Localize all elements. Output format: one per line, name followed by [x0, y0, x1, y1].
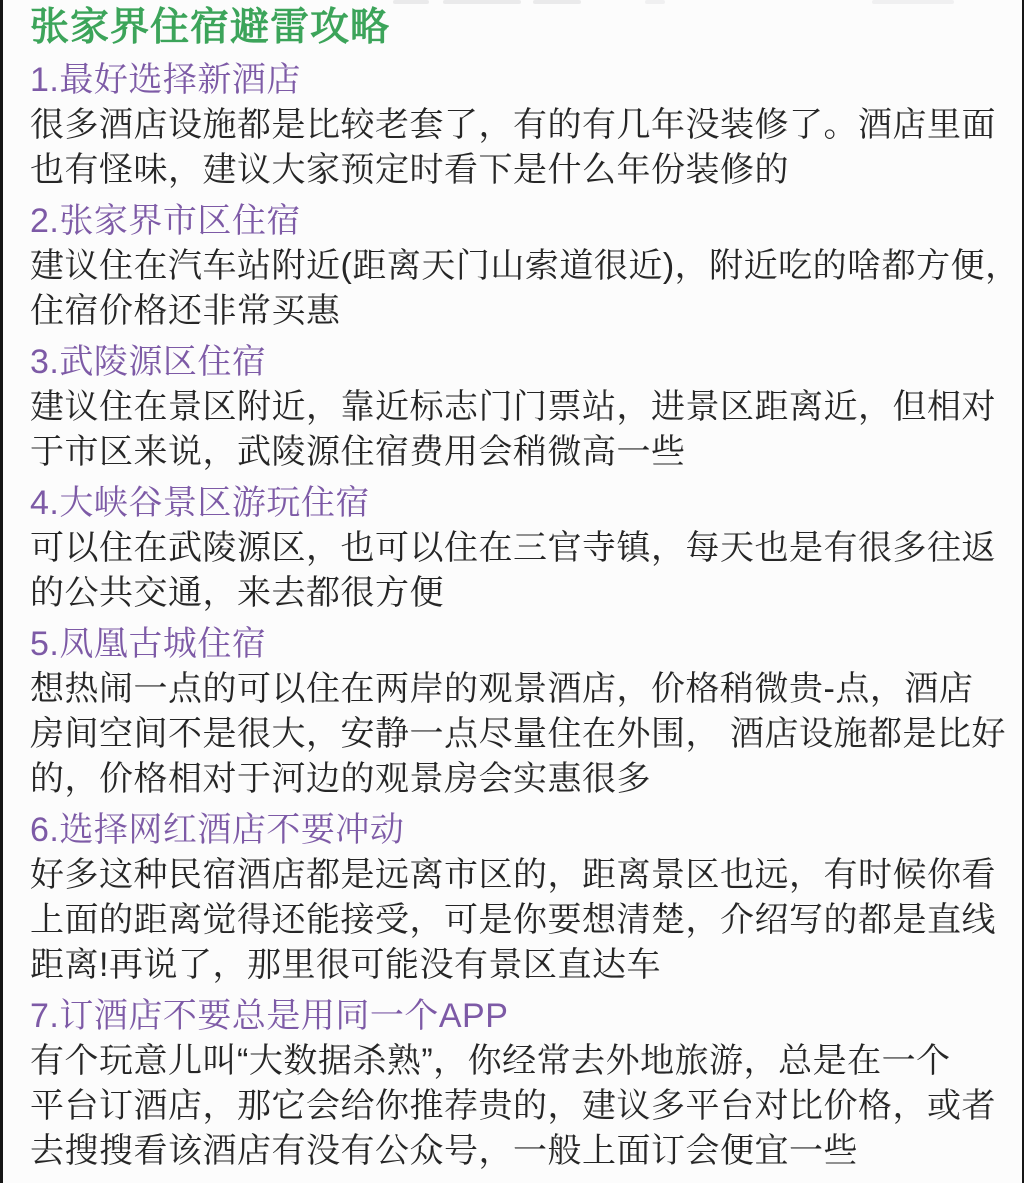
tip-heading: 4.大峡谷景区游玩住宿: [30, 481, 998, 526]
body-line: 的，价格相对于河边的观景房会实惠很多: [30, 757, 998, 802]
tip-body: 想热闹一点的可以住在两岸的观景酒店，价格稍微贵-点，酒店房间空间不是很大，安静一…: [30, 667, 998, 802]
tip-section: 4.大峡谷景区游玩住宿 可以住在武陵源区，也可以住在三官寺镇，每天也是有很多往返…: [30, 481, 998, 616]
body-line: 上面的距离觉得还能接受，可是你要想清楚，介绍写的都是直线: [30, 898, 998, 943]
body-line: 建议住在景区附近，靠近标志门门票站，进景区距离近，但相对: [30, 385, 998, 430]
tip-section: 7.订酒店不要总是用同一个APP 有个玩意儿叫“大数据杀熟”，你经常去外地旅游，…: [30, 994, 998, 1174]
tip-section: 3.武陵源区住宿 建议住在景区附近，靠近标志门门票站，进景区距离近，但相对于市区…: [30, 340, 998, 475]
article-title: 张家界住宿避雷攻略: [30, 3, 998, 52]
tip-heading: 7.订酒店不要总是用同一个APP: [30, 994, 998, 1039]
tip-body: 很多酒店设施都是比较老套了，有的有几年没装修了。酒店里面也有怪味，建议大家预定时…: [30, 103, 998, 193]
body-line: 很多酒店设施都是比较老套了，有的有几年没装修了。酒店里面: [30, 103, 998, 148]
body-line: 住宿价格还非常买惠: [30, 289, 998, 334]
body-line: 也有怪味，建议大家预定时看下是什么年份装修的: [30, 148, 998, 193]
sections-container: 1.最好选择新酒店 很多酒店设施都是比较老套了，有的有几年没装修了。酒店里面也有…: [30, 58, 998, 1174]
tip-heading: 3.武陵源区住宿: [30, 340, 998, 385]
tip-body: 建议住在景区附近，靠近标志门门票站，进景区距离近，但相对于市区来说，武陵源住宿费…: [30, 385, 998, 475]
body-line: 距离!再说了，那里很可能没有景区直达车: [30, 943, 998, 988]
tip-body: 好多这种民宿酒店都是远离市区的，距离景区也远，有时候你看上面的距离觉得还能接受，…: [30, 853, 998, 988]
body-line: 平台订酒店，那它会给你推荐贵的，建议多平台对比价格，或者: [30, 1084, 998, 1129]
article: 张家界住宿避雷攻略 1.最好选择新酒店 很多酒店设施都是比较老套了，有的有几年没…: [0, 0, 1024, 1174]
body-line: 有个玩意儿叫“大数据杀熟”，你经常去外地旅游，总是在一个: [30, 1039, 998, 1084]
body-line: 于市区来说，武陵源住宿费用会稍微高一些: [30, 430, 998, 475]
tip-body: 建议住在汽车站附近(距离天门山索道很近)，附近吃的啥都方便，住宿价格还非常买惠: [30, 244, 998, 334]
body-line: 想热闹一点的可以住在两岸的观景酒店，价格稍微贵-点，酒店: [30, 667, 998, 712]
tip-section: 6.选择网红酒店不要冲动 好多这种民宿酒店都是远离市区的，距离景区也远，有时候你…: [30, 808, 998, 988]
body-line: 的公共交通，来去都很方便: [30, 571, 998, 616]
tip-heading: 5.凤凰古城住宿: [30, 622, 998, 667]
tip-heading: 6.选择网红酒店不要冲动: [30, 808, 998, 853]
body-line: 去搜搜看该酒店有没有公众号，一般上面订会便宜一些: [30, 1129, 998, 1174]
tip-section: 5.凤凰古城住宿 想热闹一点的可以住在两岸的观景酒店，价格稍微贵-点，酒店房间空…: [30, 622, 998, 802]
body-line: 好多这种民宿酒店都是远离市区的，距离景区也远，有时候你看: [30, 853, 998, 898]
tip-body: 有个玩意儿叫“大数据杀熟”，你经常去外地旅游，总是在一个平台订酒店，那它会给你推…: [30, 1039, 998, 1174]
body-line: 建议住在汽车站附近(距离天门山索道很近)，附近吃的啥都方便，: [30, 244, 998, 289]
tip-heading: 1.最好选择新酒店: [30, 58, 998, 103]
tip-section: 1.最好选择新酒店 很多酒店设施都是比较老套了，有的有几年没装修了。酒店里面也有…: [30, 58, 998, 193]
tip-body: 可以住在武陵源区，也可以住在三官寺镇，每天也是有很多往返的公共交通，来去都很方便: [30, 526, 998, 616]
body-line: 可以住在武陵源区，也可以住在三官寺镇，每天也是有很多往返: [30, 526, 998, 571]
tip-section: 2.张家界市区住宿 建议住在汽车站附近(距离天门山索道很近)，附近吃的啥都方便，…: [30, 199, 998, 334]
tip-heading: 2.张家界市区住宿: [30, 199, 998, 244]
body-line: 房间空间不是很大，安静一点尽量住在外围， 酒店设施都是比好: [30, 712, 998, 757]
